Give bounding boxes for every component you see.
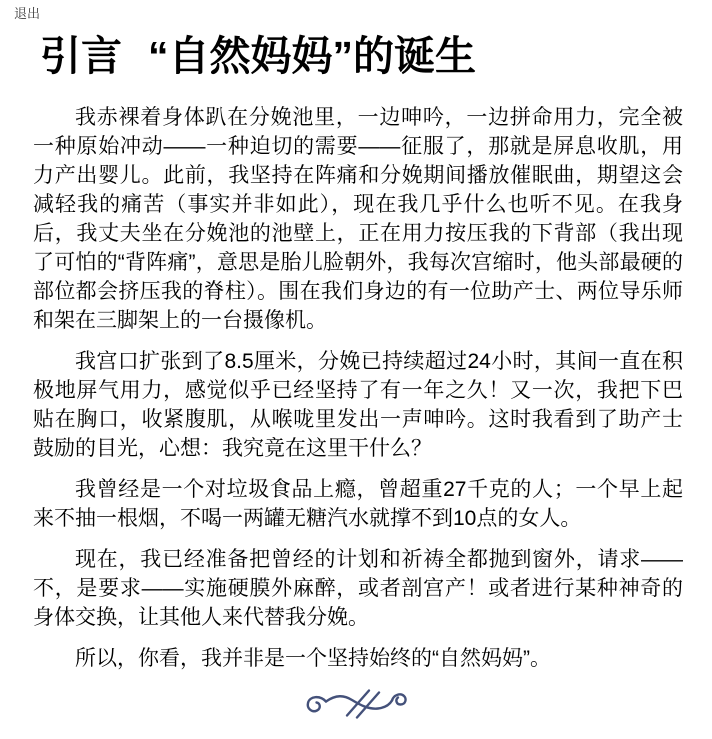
book-page: 退出 引言“自然妈妈”的诞生 我赤裸着身体趴在分娩池里，一边呻吟，一边拼命用力，… bbox=[0, 33, 712, 719]
chapter-title: 引言“自然妈妈”的诞生 bbox=[40, 33, 692, 79]
paragraph: 现在，我已经准备把曾经的计划和祈祷全都抛到窗外，请求——不，是要求——实施硬膜外… bbox=[33, 545, 683, 632]
chapter-body: 我赤裸着身体趴在分娩池里，一边呻吟，一边拼命用力，完全被一种原始冲动——一种迫切… bbox=[33, 103, 683, 673]
exit-button[interactable]: 退出 bbox=[14, 6, 40, 22]
chapter-title-label: 引言 bbox=[40, 33, 122, 79]
paragraph: 所以，你看，我并非是一个坚持始终的“自然妈妈”。 bbox=[33, 644, 683, 673]
paragraph: 我赤裸着身体趴在分娩池里，一边呻吟，一边拼命用力，完全被一种原始冲动——一种迫切… bbox=[33, 103, 683, 335]
paragraph: 我曾经是一个对垃圾食品上瘾，曾超重27千克的人；一个早上起来不抽一根烟，不喝一两… bbox=[33, 475, 683, 533]
chapter-subtitle-label: “自然妈妈”的诞生 bbox=[148, 33, 476, 79]
flourish-divider-icon bbox=[304, 687, 412, 719]
section-divider bbox=[33, 687, 683, 719]
paragraph: 我宫口扩张到了8.5厘米，分娩已持续超过24小时，其间一直在积极地屏气用力，感觉… bbox=[33, 347, 683, 463]
